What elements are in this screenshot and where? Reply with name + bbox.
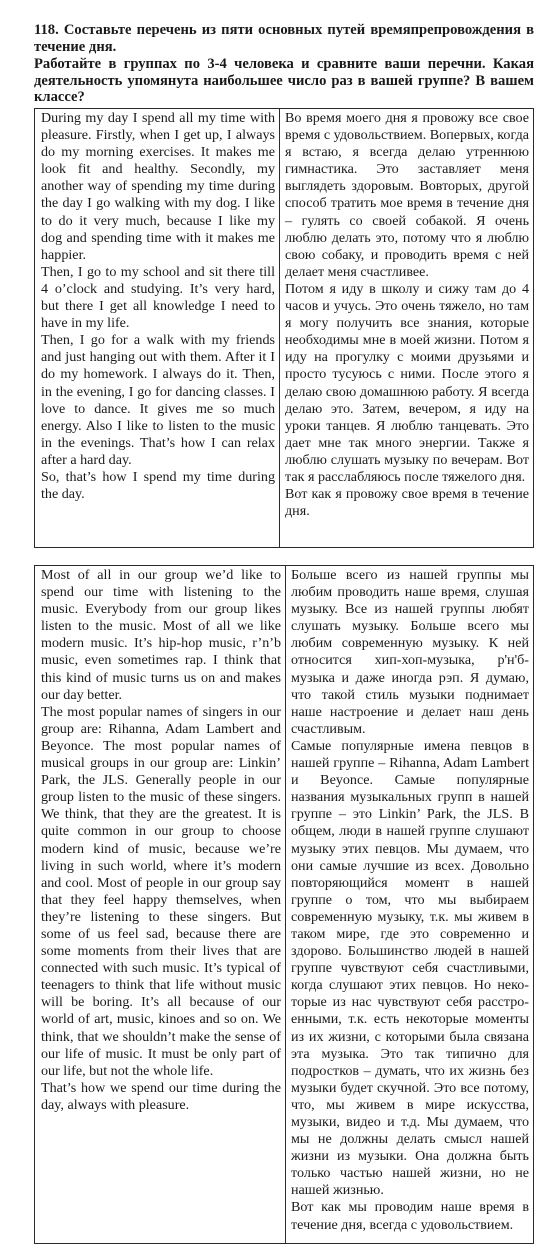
russian-column: Больше всего из нашей группы мы любим пр… bbox=[285, 566, 533, 1243]
text-paragraph: That’s how we spend our time during the … bbox=[41, 1080, 281, 1114]
english-column: Most of all in our group we’d like to sp… bbox=[35, 566, 285, 1243]
english-column: During my day I spend all my time with p… bbox=[35, 109, 279, 547]
text-paragraph: So, that’s how I spend my time during th… bbox=[41, 469, 275, 503]
text-paragraph: Больше всего из нашей группы мы любим пр… bbox=[291, 567, 529, 738]
text-paragraph: Самые популярные имена певцов в нашей гр… bbox=[291, 738, 529, 1200]
text-paragraph: Во время моего дня я провожу все свое вр… bbox=[285, 110, 529, 281]
exercise-group-task: Работайте в группах по 3-4 человека и ср… bbox=[34, 56, 534, 106]
group-music-table: Most of all in our group we’d like to sp… bbox=[34, 565, 534, 1244]
text-paragraph: During my day I spend all my time with p… bbox=[41, 110, 275, 264]
text-paragraph: Потом я иду в школу и сижу там до 4 часо… bbox=[285, 281, 529, 486]
text-paragraph: Most of all in our group we’d like to sp… bbox=[41, 567, 281, 704]
russian-column: Во время моего дня я провожу все свое вр… bbox=[279, 109, 533, 547]
text-paragraph: The most popular names of singers in our… bbox=[41, 704, 281, 1080]
exercise-task-heading: 118. Составьте перечень из пяти основных… bbox=[34, 22, 534, 55]
text-paragraph: Вот как я провожу свое время в тече­ние … bbox=[285, 486, 529, 520]
text-paragraph: Вот как мы проводим наше время в течение… bbox=[291, 1199, 529, 1233]
text-paragraph: Then, I go to my school and sit there ti… bbox=[41, 264, 275, 332]
daily-routine-table: During my day I spend all my time with p… bbox=[34, 108, 534, 548]
text-paragraph: Then, I go for a walk with my friends an… bbox=[41, 332, 275, 469]
